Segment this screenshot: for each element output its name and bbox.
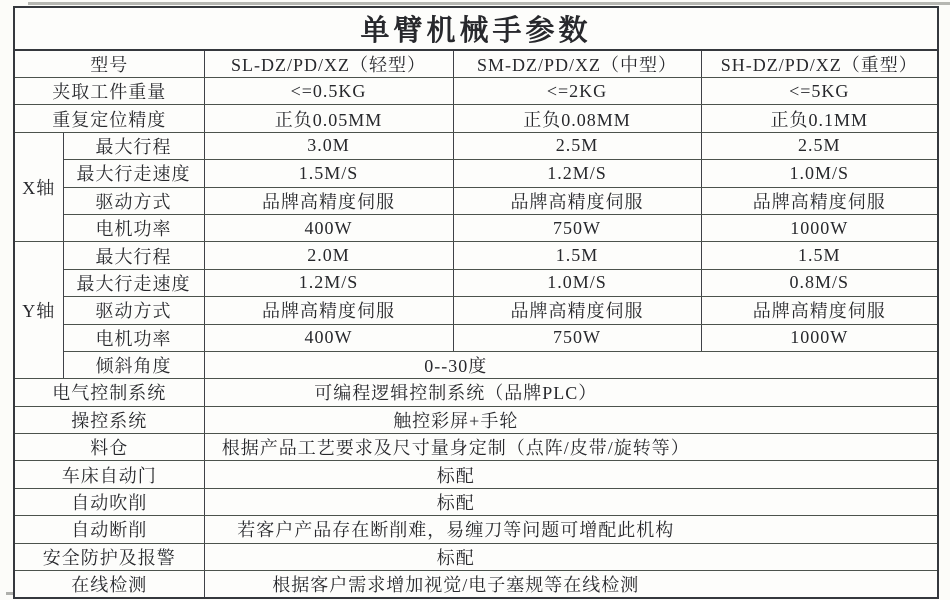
cell-value: 根据客户需求增加视觉/电子塞规等在线检测 — [204, 571, 938, 599]
cell-value: 正负0.1MM — [701, 105, 938, 132]
cell-value: <=5KG — [701, 78, 938, 105]
cell-value: 750W — [453, 324, 701, 351]
cell-value: 标配 — [204, 543, 938, 570]
cell-value: 1.0M/S — [453, 269, 701, 296]
row-label: 在线检测 — [14, 571, 204, 599]
scan-edge-artifact — [28, 2, 950, 5]
cell-value: 1.0M/S — [701, 160, 938, 187]
cell-value: 2.5M — [453, 132, 701, 159]
row-label: 最大行程 — [63, 242, 204, 269]
y-axis-row-speed: 最大行走速度 1.2M/S 1.0M/S 0.8M/S — [14, 269, 938, 296]
cell-value: 品牌高精度伺服 — [204, 297, 453, 324]
y-axis-row-power: 电机功率 400W 750W 1000W — [14, 324, 938, 351]
spec-row-weight: 夹取工件重量 <=0.5KG <=2KG <=5KG — [14, 78, 938, 105]
cell-value: 标配 — [204, 488, 938, 515]
cell-value: 400W — [204, 324, 453, 351]
axis-label-x: X轴 — [14, 132, 63, 242]
cell-value: 触控彩屏+手轮 — [204, 406, 938, 433]
x-axis-row-speed: 最大行走速度 1.5M/S 1.2M/S 1.0M/S — [14, 160, 938, 187]
parameters-table: 单臂机械手参数 型号 SL-DZ/PD/XZ（轻型） SM-DZ/PD/XZ（中… — [13, 6, 939, 599]
cell-value: 1.5M/S — [204, 160, 453, 187]
cell-value: 正负0.08MM — [453, 105, 701, 132]
cell-value: 400W — [204, 214, 453, 241]
row-label: 驱动方式 — [63, 297, 204, 324]
cell-value: <=0.5KG — [204, 78, 453, 105]
x-axis-row-drive: 驱动方式 品牌高精度伺服 品牌高精度伺服 品牌高精度伺服 — [14, 187, 938, 214]
model-row: 型号 SL-DZ/PD/XZ（轻型） SM-DZ/PD/XZ（中型） SH-DZ… — [14, 50, 938, 78]
title-row: 单臂机械手参数 — [14, 7, 938, 50]
row-label: 电机功率 — [63, 214, 204, 241]
model-cell-medium: SM-DZ/PD/XZ（中型） — [453, 50, 701, 78]
y-axis-row-stroke: Y轴 最大行程 2.0M 1.5M 1.5M — [14, 242, 938, 269]
x-axis-row-stroke: X轴 最大行程 3.0M 2.5M 2.5M — [14, 132, 938, 159]
row-label: 操控系统 — [14, 406, 204, 433]
feature-row-operation-system: 操控系统 触控彩屏+手轮 — [14, 406, 938, 433]
row-label: 电气控制系统 — [14, 379, 204, 406]
feature-row-electric-control: 电气控制系统 可编程逻辑控制系统（品牌PLC） — [14, 379, 938, 406]
cell-value: 可编程逻辑控制系统（品牌PLC） — [204, 379, 938, 406]
cell-value: 正负0.05MM — [204, 105, 453, 132]
feature-row-safety-alarm: 安全防护及报警 标配 — [14, 543, 938, 570]
row-label-weight: 夹取工件重量 — [14, 78, 204, 105]
cell-value: 1000W — [701, 214, 938, 241]
model-cell-heavy: SH-DZ/PD/XZ（重型） — [701, 50, 938, 78]
cell-value-tilt: 0--30度 — [204, 351, 938, 378]
cell-value: 1.2M/S — [204, 269, 453, 296]
cell-value: 1.5M — [453, 242, 701, 269]
axis-label-y: Y轴 — [14, 242, 63, 379]
row-label: 安全防护及报警 — [14, 543, 204, 570]
row-label-model: 型号 — [14, 50, 204, 78]
cell-value: <=2KG — [453, 78, 701, 105]
cell-value: 750W — [453, 214, 701, 241]
cell-value: 品牌高精度伺服 — [453, 297, 701, 324]
cell-value: 2.5M — [701, 132, 938, 159]
cell-value: 2.0M — [204, 242, 453, 269]
page-title: 单臂机械手参数 — [14, 7, 938, 50]
row-label: 最大行走速度 — [63, 160, 204, 187]
cell-value: 1000W — [701, 324, 938, 351]
y-axis-row-tilt: 倾斜角度 0--30度 — [14, 351, 938, 378]
model-cell-light: SL-DZ/PD/XZ（轻型） — [204, 50, 453, 78]
cell-value: 品牌高精度伺服 — [204, 187, 453, 214]
cell-value: 根据产品工艺要求及尺寸量身定制（点阵/皮带/旋转等） — [204, 434, 938, 461]
feature-row-magazine: 料仓 根据产品工艺要求及尺寸量身定制（点阵/皮带/旋转等） — [14, 434, 938, 461]
row-label: 最大行走速度 — [63, 269, 204, 296]
cell-value: 1.2M/S — [453, 160, 701, 187]
spec-row-precision: 重复定位精度 正负0.05MM 正负0.08MM 正负0.1MM — [14, 105, 938, 132]
cell-value: 0.8M/S — [701, 269, 938, 296]
cell-value: 标配 — [204, 461, 938, 488]
y-axis-row-drive: 驱动方式 品牌高精度伺服 品牌高精度伺服 品牌高精度伺服 — [14, 297, 938, 324]
row-label: 自动吹削 — [14, 488, 204, 515]
row-label: 车床自动门 — [14, 461, 204, 488]
row-label: 自动断削 — [14, 516, 204, 543]
cell-value: 品牌高精度伺服 — [701, 297, 938, 324]
row-label: 驱动方式 — [63, 187, 204, 214]
feature-row-chip-breaking: 自动断削 若客户产品存在断削难，易缠刀等问题可增配此机构 — [14, 516, 938, 543]
feature-row-online-inspection: 在线检测 根据客户需求增加视觉/电子塞规等在线检测 — [14, 571, 938, 599]
row-label-precision: 重复定位精度 — [14, 105, 204, 132]
feature-row-auto-door: 车床自动门 标配 — [14, 461, 938, 488]
cell-value: 3.0M — [204, 132, 453, 159]
row-label: 最大行程 — [63, 132, 204, 159]
x-axis-row-power: 电机功率 400W 750W 1000W — [14, 214, 938, 241]
row-label: 料仓 — [14, 434, 204, 461]
cell-value: 品牌高精度伺服 — [453, 187, 701, 214]
row-label: 电机功率 — [63, 324, 204, 351]
cell-value: 品牌高精度伺服 — [701, 187, 938, 214]
row-label-tilt: 倾斜角度 — [63, 351, 204, 378]
feature-row-auto-blow: 自动吹削 标配 — [14, 488, 938, 515]
cell-value: 若客户产品存在断削难，易缠刀等问题可增配此机构 — [204, 516, 938, 543]
cell-value: 1.5M — [701, 242, 938, 269]
